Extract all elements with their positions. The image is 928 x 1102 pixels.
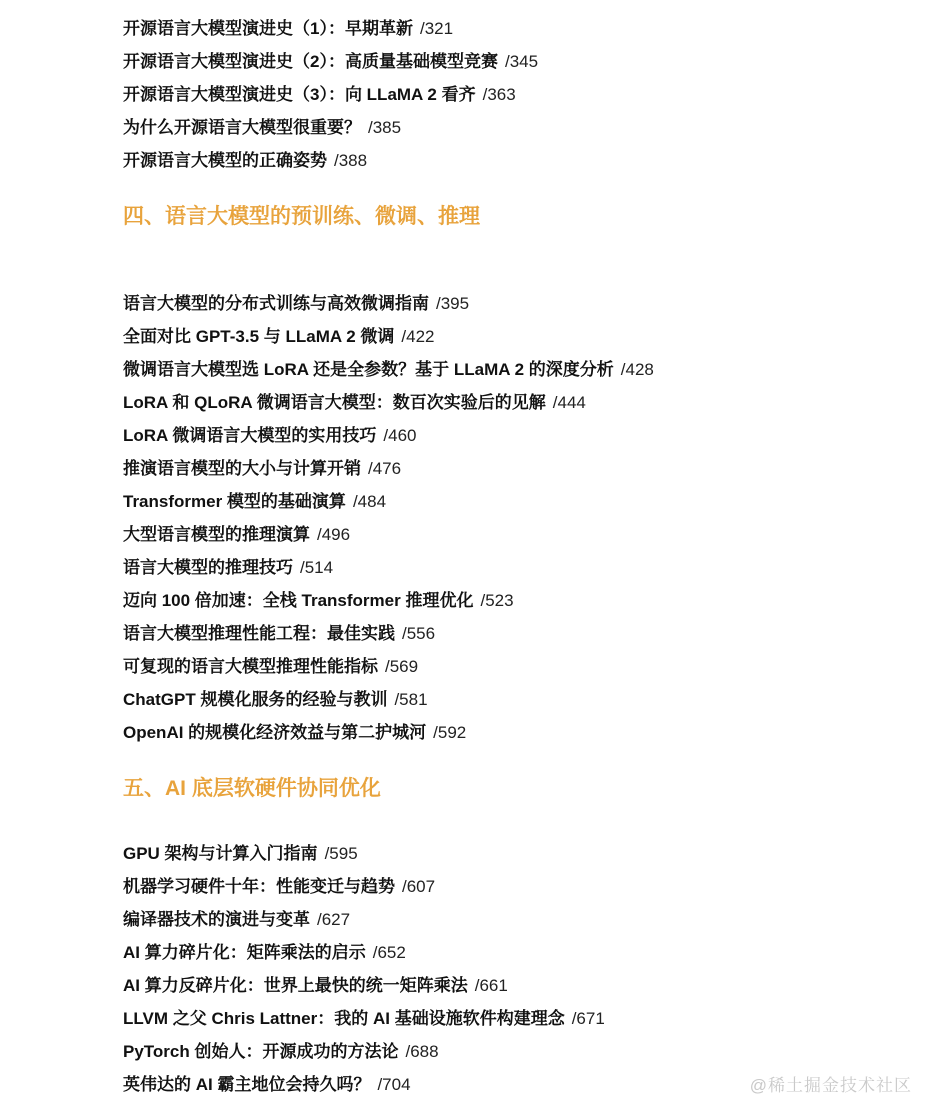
item-page-number: /523 bbox=[480, 591, 513, 610]
toc-section: 开源语言大模型演进史（1）：早期革新/321 开源语言大模型演进史（2）：高质量… bbox=[123, 12, 888, 177]
item-title: 全面对比 GPT-3.5 与 LLaMA 2 微调 bbox=[123, 327, 394, 346]
toc-item: 语言大模型推理性能工程：最佳实践/556 bbox=[123, 617, 888, 650]
item-title: AI 算力反碎片化：世界上最快的统一矩阵乘法 bbox=[123, 976, 468, 995]
toc-item: 开源语言大模型的正确姿势/388 bbox=[123, 144, 888, 177]
section-items: GPU 架构与计算入门指南/595 机器学习硬件十年：性能变迁与趋势/607 编… bbox=[123, 837, 888, 1101]
item-page-number: /460 bbox=[383, 426, 416, 445]
toc-item: 语言大模型的分布式训练与高效微调指南/395 bbox=[123, 287, 888, 320]
item-page-number: /484 bbox=[353, 492, 386, 511]
toc-item: 推演语言模型的大小与计算开销/476 bbox=[123, 452, 888, 485]
item-title: 推演语言模型的大小与计算开销 bbox=[123, 459, 361, 478]
item-title: 语言大模型的分布式训练与高效微调指南 bbox=[123, 294, 429, 313]
toc-item: ChatGPT 规模化服务的经验与教训/581 bbox=[123, 683, 888, 716]
item-page-number: /496 bbox=[317, 525, 350, 544]
watermark: @稀土掘金技术社区 bbox=[750, 1071, 912, 1096]
item-title: 开源语言大模型演进史（2）：高质量基础模型竞赛 bbox=[123, 52, 498, 71]
item-title: LoRA 微调语言大模型的实用技巧 bbox=[123, 426, 376, 445]
item-page-number: /395 bbox=[436, 294, 469, 313]
item-page-number: /388 bbox=[334, 151, 367, 170]
toc-item: LoRA 微调语言大模型的实用技巧/460 bbox=[123, 419, 888, 452]
toc-item: AI 算力反碎片化：世界上最快的统一矩阵乘法/661 bbox=[123, 969, 888, 1002]
item-title: 开源语言大模型的正确姿势 bbox=[123, 151, 327, 170]
item-page-number: /652 bbox=[373, 943, 406, 962]
section-heading: 五、AI 底层软硬件协同优化 bbox=[123, 775, 888, 803]
toc-item: LoRA 和 QLoRA 微调语言大模型：数百次实验后的见解/444 bbox=[123, 386, 888, 419]
item-page-number: /595 bbox=[325, 844, 358, 863]
item-title: 开源语言大模型演进史（3）：向 LLaMA 2 看齐 bbox=[123, 85, 476, 104]
toc-item: PyTorch 创始人：开源成功的方法论/688 bbox=[123, 1035, 888, 1068]
toc-item: 为什么开源语言大模型很重要？/385 bbox=[123, 111, 888, 144]
toc-page: 开源语言大模型演进史（1）：早期革新/321 开源语言大模型演进史（2）：高质量… bbox=[0, 0, 928, 1102]
toc-item: 机器学习硬件十年：性能变迁与趋势/607 bbox=[123, 870, 888, 903]
item-title: LLVM 之父 Chris Lattner：我的 AI 基础设施软件构建理念 bbox=[123, 1009, 565, 1028]
toc-item: LLVM 之父 Chris Lattner：我的 AI 基础设施软件构建理念/6… bbox=[123, 1002, 888, 1035]
item-title: 开源语言大模型演进史（1）：早期革新 bbox=[123, 19, 413, 38]
toc-section: 五、AI 底层软硬件协同优化 GPU 架构与计算入门指南/595 机器学习硬件十… bbox=[123, 775, 888, 1101]
toc-list: 开源语言大模型演进史（1）：早期革新/321 开源语言大模型演进史（2）：高质量… bbox=[123, 12, 888, 1101]
item-page-number: /476 bbox=[368, 459, 401, 478]
item-page-number: /385 bbox=[368, 118, 401, 137]
item-page-number: /321 bbox=[420, 19, 453, 38]
toc-item: OpenAI 的规模化经济效益与第二护城河/592 bbox=[123, 716, 888, 749]
item-title: 为什么开源语言大模型很重要？ bbox=[123, 118, 361, 137]
item-page-number: /345 bbox=[505, 52, 538, 71]
item-page-number: /607 bbox=[402, 877, 435, 896]
item-title: 机器学习硬件十年：性能变迁与趋势 bbox=[123, 877, 395, 896]
item-page-number: /704 bbox=[377, 1075, 410, 1094]
toc-item: 全面对比 GPT-3.5 与 LLaMA 2 微调/422 bbox=[123, 320, 888, 353]
item-title: 迈向 100 倍加速：全栈 Transformer 推理优化 bbox=[123, 591, 473, 610]
toc-item: 开源语言大模型演进史（1）：早期革新/321 bbox=[123, 12, 888, 45]
section-heading: 四、语言大模型的预训练、微调、推理 bbox=[123, 203, 888, 231]
toc-item: Transformer 模型的基础演算/484 bbox=[123, 485, 888, 518]
section-items: 开源语言大模型演进史（1）：早期革新/321 开源语言大模型演进史（2）：高质量… bbox=[123, 12, 888, 177]
section-items: 语言大模型的分布式训练与高效微调指南/395 全面对比 GPT-3.5 与 LL… bbox=[123, 287, 888, 749]
item-page-number: /428 bbox=[621, 360, 654, 379]
item-page-number: /556 bbox=[402, 624, 435, 643]
item-title: GPU 架构与计算入门指南 bbox=[123, 844, 318, 863]
item-title: 语言大模型的推理技巧 bbox=[123, 558, 293, 577]
toc-item: 迈向 100 倍加速：全栈 Transformer 推理优化/523 bbox=[123, 584, 888, 617]
item-title: ChatGPT 规模化服务的经验与教训 bbox=[123, 690, 387, 709]
toc-item: 编译器技术的演进与变革/627 bbox=[123, 903, 888, 936]
item-title: PyTorch 创始人：开源成功的方法论 bbox=[123, 1042, 398, 1061]
toc-item: 大型语言模型的推理演算/496 bbox=[123, 518, 888, 551]
item-page-number: /422 bbox=[401, 327, 434, 346]
toc-item: 开源语言大模型演进史（3）：向 LLaMA 2 看齐/363 bbox=[123, 78, 888, 111]
item-title: Transformer 模型的基础演算 bbox=[123, 492, 346, 511]
toc-item: 微调语言大模型选 LoRA 还是全参数？基于 LLaMA 2 的深度分析/428 bbox=[123, 353, 888, 386]
item-title: 可复现的语言大模型推理性能指标 bbox=[123, 657, 378, 676]
item-title: 大型语言模型的推理演算 bbox=[123, 525, 310, 544]
item-page-number: /363 bbox=[483, 85, 516, 104]
item-page-number: /581 bbox=[394, 690, 427, 709]
item-page-number: /671 bbox=[572, 1009, 605, 1028]
toc-section: 四、语言大模型的预训练、微调、推理 语言大模型的分布式训练与高效微调指南/395… bbox=[123, 203, 888, 749]
toc-item: 可复现的语言大模型推理性能指标/569 bbox=[123, 650, 888, 683]
item-page-number: /661 bbox=[475, 976, 508, 995]
item-title: 微调语言大模型选 LoRA 还是全参数？基于 LLaMA 2 的深度分析 bbox=[123, 360, 614, 379]
toc-item: AI 算力碎片化：矩阵乘法的启示/652 bbox=[123, 936, 888, 969]
toc-item: GPU 架构与计算入门指南/595 bbox=[123, 837, 888, 870]
item-title: OpenAI 的规模化经济效益与第二护城河 bbox=[123, 723, 426, 742]
toc-item: 开源语言大模型演进史（2）：高质量基础模型竞赛/345 bbox=[123, 45, 888, 78]
item-page-number: /569 bbox=[385, 657, 418, 676]
item-page-number: /592 bbox=[433, 723, 466, 742]
item-page-number: /627 bbox=[317, 910, 350, 929]
item-page-number: /688 bbox=[405, 1042, 438, 1061]
item-page-number: /444 bbox=[553, 393, 586, 412]
toc-item: 语言大模型的推理技巧/514 bbox=[123, 551, 888, 584]
item-title: LoRA 和 QLoRA 微调语言大模型：数百次实验后的见解 bbox=[123, 393, 546, 412]
item-title: AI 算力碎片化：矩阵乘法的启示 bbox=[123, 943, 366, 962]
item-title: 语言大模型推理性能工程：最佳实践 bbox=[123, 624, 395, 643]
item-title: 编译器技术的演进与变革 bbox=[123, 910, 310, 929]
item-page-number: /514 bbox=[300, 558, 333, 577]
item-title: 英伟达的 AI 霸主地位会持久吗？ bbox=[123, 1075, 370, 1094]
